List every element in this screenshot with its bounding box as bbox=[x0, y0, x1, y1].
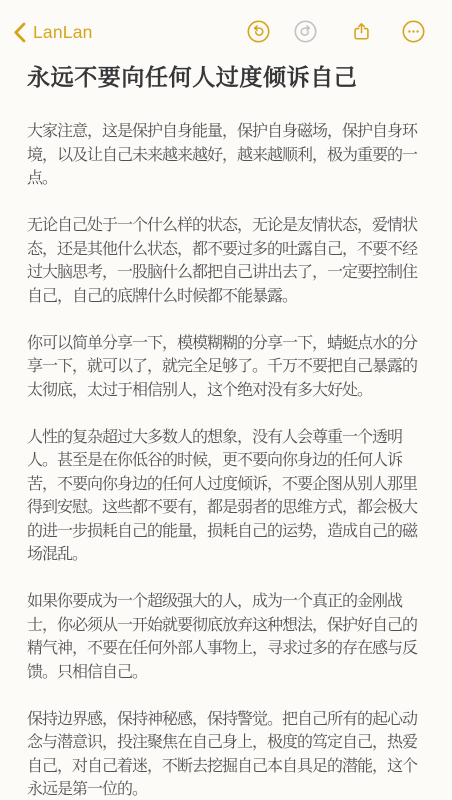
note-paragraph[interactable]: 人性的复杂超过大多数人的想象，没有人会尊重一个透明人。甚至是在你低谷的时候，更不… bbox=[27, 426, 428, 567]
redo-icon bbox=[294, 20, 317, 43]
nav-bar: LanLan bbox=[0, 0, 452, 50]
chevron-left-icon bbox=[13, 22, 26, 43]
back-button-label: LanLan bbox=[33, 21, 93, 43]
notes-app-screen: LanLan bbox=[0, 0, 452, 800]
undo-button[interactable] bbox=[247, 20, 270, 43]
note-paragraph[interactable]: 如果你要成为一个超级强大的人，成为一个真正的金刚战士，你必须从一开始就要彻底放弃… bbox=[27, 590, 428, 684]
more-button[interactable] bbox=[402, 20, 425, 43]
note-content[interactable]: 永远不要向任何人过度倾诉自己 大家注意，这是保护自身能量，保护自身磁场，保护自身… bbox=[0, 64, 452, 800]
note-paragraph[interactable]: 你可以简单分享一下，模模糊糊的分享一下，蜻蜓点水的分享一下，就可以了，就完全足够… bbox=[27, 332, 428, 403]
note-paragraph[interactable]: 保持边界感，保持神秘感，保持警觉。把自己所有的起心动念与潜意识，投注聚焦在自己身… bbox=[27, 708, 428, 800]
undo-icon bbox=[247, 20, 270, 43]
back-button[interactable]: LanLan bbox=[13, 21, 93, 43]
note-title[interactable]: 永远不要向任何人过度倾诉自己 bbox=[27, 64, 428, 90]
ellipsis-icon bbox=[402, 20, 425, 43]
share-button[interactable] bbox=[350, 20, 373, 43]
note-paragraph[interactable]: 大家注意，这是保护自身能量，保护自身磁场，保护自身环境，以及让自己未来越来越好，… bbox=[27, 120, 428, 191]
nav-actions bbox=[247, 20, 425, 43]
note-body: 大家注意，这是保护自身能量，保护自身磁场，保护自身环境，以及让自己未来越来越好，… bbox=[27, 120, 428, 800]
share-icon bbox=[350, 20, 373, 43]
note-paragraph[interactable]: 无论自己处于一个什么样的状态，无论是友情状态，爱情状态，还是其他什么状态，都不要… bbox=[27, 214, 428, 308]
redo-button[interactable] bbox=[294, 20, 317, 43]
